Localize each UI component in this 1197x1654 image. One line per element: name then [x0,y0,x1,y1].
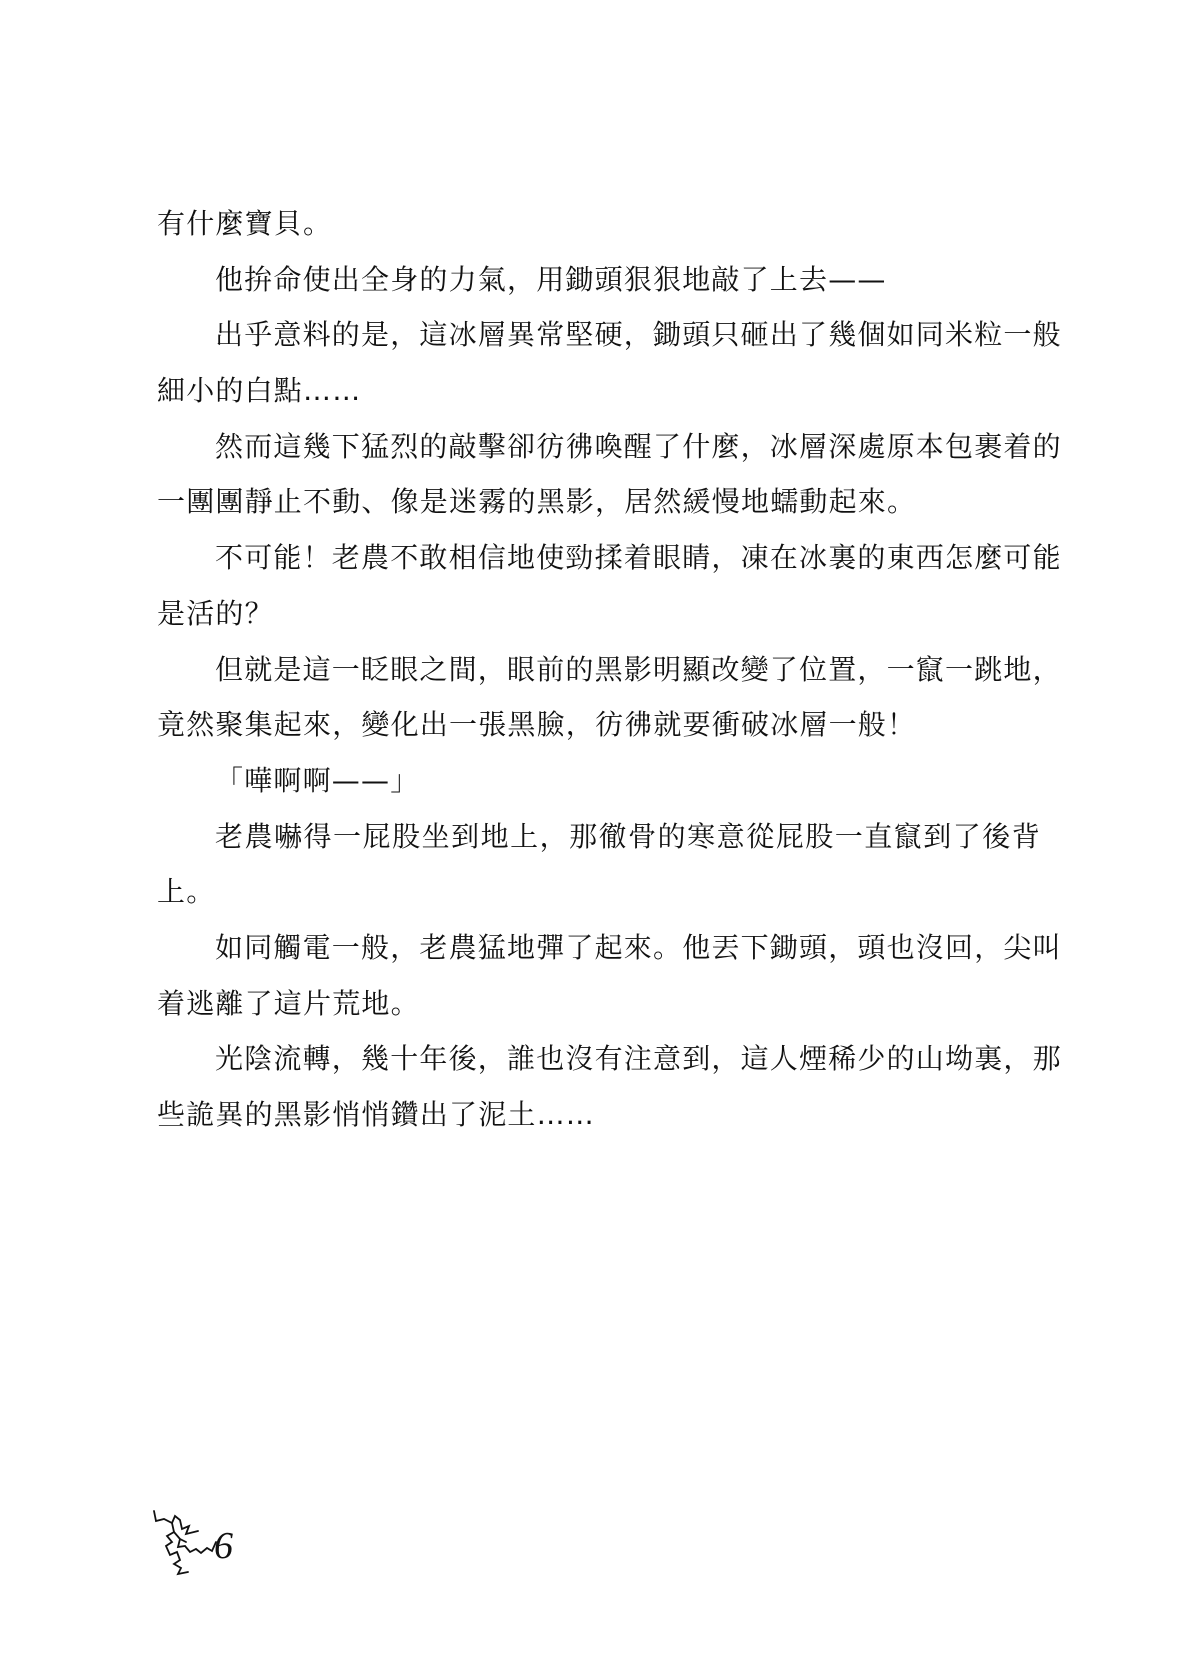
text-line: 然而這幾下猛烈的敲擊卻彷彿喚醒了什麼，冰層深處原本包裹着的 [157,419,1041,475]
text-line: 上。 [157,864,1041,920]
text-line: 着逃離了這片荒地。 [157,976,1041,1032]
crack-ornament-icon [150,1508,220,1580]
page-footer: 6 [150,1508,270,1588]
page-number: 6 [214,1526,233,1566]
text-line: 光陰流轉，幾十年後，誰也沒有注意到，這人煙稀少的山坳裏，那 [157,1031,1041,1087]
text-line: 如同觸電一般，老農猛地彈了起來。他丟下鋤頭，頭也沒回，尖叫 [157,920,1041,976]
text-line: 竟然聚集起來，變化出一張黑臉，彷彿就要衝破冰層一般！ [157,697,1041,753]
text-line: 但就是這一眨眼之間，眼前的黑影明顯改變了位置，一竄一跳地， [157,642,1041,698]
body-text: 有什麼寶貝。 他拚命使出全身的力氣，用鋤頭狠狠地敲了上去—— 出乎意料的是，這冰… [157,196,1041,1143]
text-line: 出乎意料的是，這冰層異常堅硬，鋤頭只砸出了幾個如同米粒一般 [157,307,1041,363]
text-line: 一團團靜止不動、像是迷霧的黑影，居然緩慢地蠕動起來。 [157,474,1041,530]
text-line: 些詭異的黑影悄悄鑽出了泥土…… [157,1087,1041,1143]
dialogue-line: 「嘩啊啊——」 [157,753,1041,809]
text-line: 不可能！老農不敢相信地使勁揉着眼睛，凍在冰裏的東西怎麼可能 [157,530,1041,586]
text-line: 細小的白點…… [157,363,1041,419]
text-line: 老農嚇得一屁股坐到地上，那徹骨的寒意從屁股一直竄到了後背 [157,809,1041,865]
book-page: 有什麼寶貝。 他拚命使出全身的力氣，用鋤頭狠狠地敲了上去—— 出乎意料的是，這冰… [0,0,1197,1654]
text-line: 是活的？ [157,586,1041,642]
text-line: 有什麼寶貝。 [157,196,1041,252]
text-line: 他拚命使出全身的力氣，用鋤頭狠狠地敲了上去—— [157,252,1041,308]
